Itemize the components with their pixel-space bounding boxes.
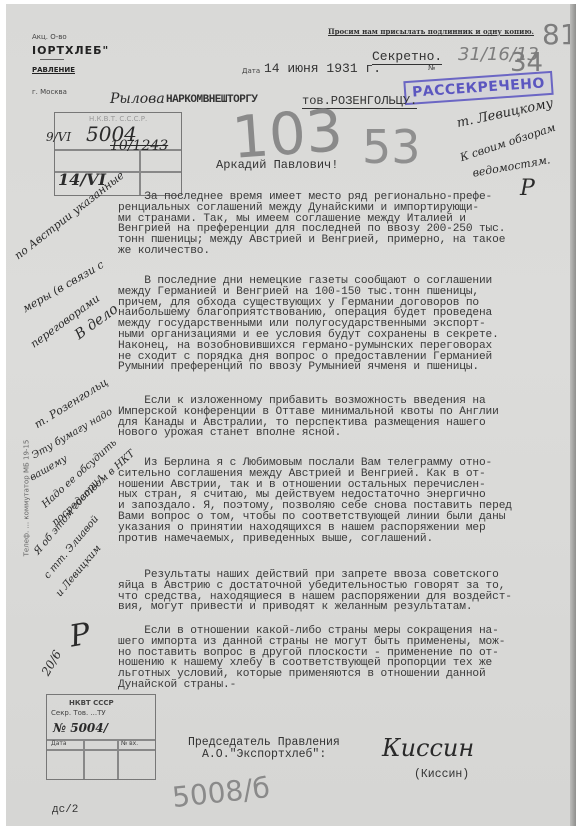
outgoing-number: 31/16/13 — [458, 44, 539, 65]
salutation: Аркадий Павлович! — [216, 158, 338, 172]
classification-label: Секретно. — [372, 49, 442, 65]
stamp-bottom-col1: Дата — [51, 740, 67, 747]
pencil-number-bottom: 5008/б — [171, 771, 272, 814]
letterhead-divider — [40, 59, 64, 60]
paragraph-4: Из Берлина я с Любимовым послали Вам тел… — [118, 458, 570, 544]
margin-date-bottom: 20/6 — [39, 648, 65, 678]
copy-notice: Просим нам присылать подлинник и одну ко… — [328, 27, 534, 36]
stamp-number2-handwritten: 10/1243 — [110, 138, 168, 154]
stamp-bottom-number: № 5004/ — [53, 721, 108, 735]
city-label: г. Москва — [32, 88, 67, 96]
handwritten-top-name: Рылова — [110, 91, 165, 107]
vertical-print: Телеф. ... коммутатор МБ 19-15 — [22, 440, 30, 557]
paragraph-3: Если к изложенному прибавить возможность… — [118, 396, 570, 439]
stamp-bottom-line2: Секр. Тов. ...ТУ — [51, 709, 106, 717]
number-label: № — [428, 64, 435, 72]
date-value: 14 июня 1931 г. — [264, 61, 381, 76]
paragraph-2: В последние дни немецкие газеты сообщают… — [118, 276, 570, 373]
typist-code: дс/2 — [52, 804, 78, 816]
stamp-bottom-line1: НКВТ СССР — [69, 699, 114, 707]
stamp-bottom-col3: № вх. — [121, 740, 138, 747]
org-prefix: Акц. О-во — [32, 33, 67, 41]
paragraph-5: Результаты наших действий при запрете вв… — [118, 570, 570, 613]
signature-title-2: А.О."Экспортхлеб": — [202, 748, 326, 761]
stamp-date-handwritten: 9/VI — [46, 130, 71, 144]
margin-initial-bottom: Р — [67, 617, 93, 655]
paragraph-6: Если в отношении какой-либо страны меры … — [118, 626, 570, 691]
signatory-name: (Киссин) — [414, 768, 469, 781]
document-page: Акц. О-во ІОРТХЛЕБ" РАВЛЕНИЕ г. Москва П… — [6, 4, 576, 826]
org-name: ІОРТХЛЕБ" — [32, 44, 109, 57]
pencil-number-53: 53 — [362, 120, 421, 174]
department-name: РАВЛЕНИЕ — [32, 66, 75, 74]
handwritten-signature: Киссин — [382, 734, 474, 762]
paragraph-1: За последнее время имеет место ряд регио… — [118, 192, 570, 257]
date-label: Дата — [242, 67, 260, 75]
registration-stamp-bottom: НКВТ СССР Секр. Тов. ...ТУ № 5004/ Дата … — [46, 694, 156, 780]
page-number: 81 — [542, 18, 576, 51]
